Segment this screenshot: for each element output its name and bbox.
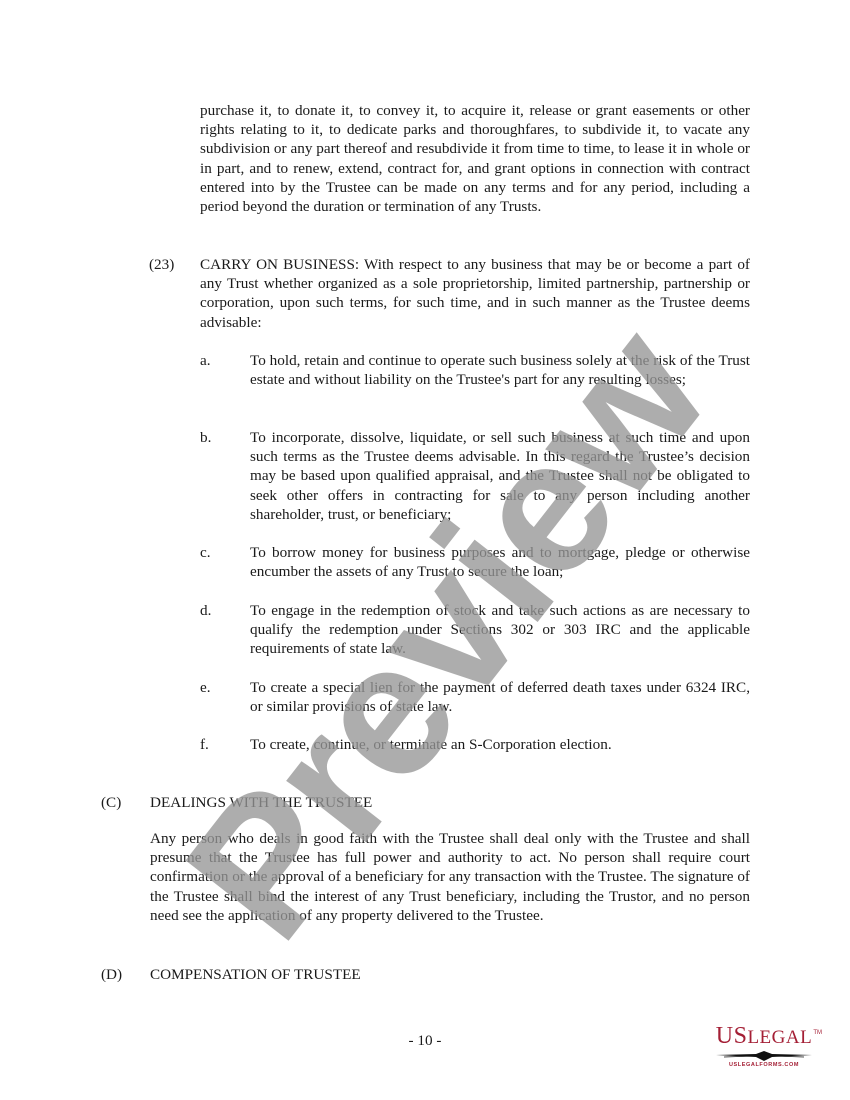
section-d-title: COMPENSATION OF TRUSTEE xyxy=(150,965,361,984)
subitem-c-letter: c. xyxy=(200,543,211,562)
item-23-number: (23) xyxy=(149,255,174,274)
subitem-d-text: To engage in the redemption of stock and… xyxy=(250,601,750,659)
subitem-f-letter: f. xyxy=(200,735,209,754)
logo-wordmark: USLEGAL xyxy=(706,1024,822,1050)
subitem-a-text: To hold, retain and continue to operate … xyxy=(250,351,750,389)
subitem-b-text: To incorporate, dissolve, liquidate, or … xyxy=(250,428,750,524)
subitem-e-letter: e. xyxy=(200,678,211,697)
item-23-text: CARRY ON BUSINESS: With respect to any b… xyxy=(200,255,750,332)
subitem-c-text: To borrow money for business purposes an… xyxy=(250,543,750,581)
section-c-letter: (C) xyxy=(101,793,121,812)
continuation-paragraph: purchase it, to donate it, to convey it,… xyxy=(200,101,750,216)
subitem-b-letter: b. xyxy=(200,428,211,447)
subitem-a-letter: a. xyxy=(200,351,211,370)
subitem-f-text: To create, continue, or terminate an S-C… xyxy=(250,735,750,754)
logo-trademark: TM xyxy=(813,1024,822,1043)
logo-url: USLEGALFORMS.COM xyxy=(706,1061,822,1069)
uslegal-logo[interactable]: TM USLEGAL USLEGALFORMS.COM xyxy=(706,1024,822,1068)
section-c-body: Any person who deals in good faith with … xyxy=(150,829,750,925)
section-d-letter: (D) xyxy=(101,965,122,984)
section-c-title: DEALINGS WITH THE TRUSTEE xyxy=(150,793,372,812)
subitem-d-letter: d. xyxy=(200,601,211,620)
eagle-icon xyxy=(716,1051,812,1061)
document-page: purchase it, to donate it, to convey it,… xyxy=(0,0,850,1100)
subitem-e-text: To create a special lien for the payment… xyxy=(250,678,750,716)
